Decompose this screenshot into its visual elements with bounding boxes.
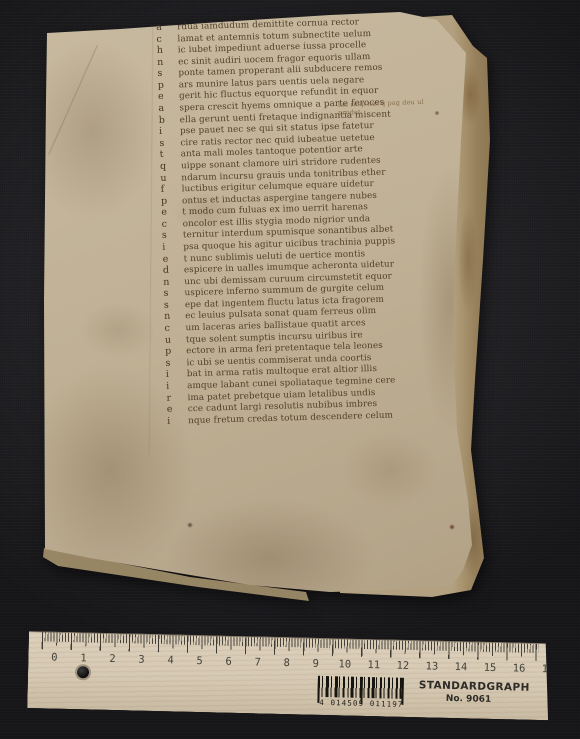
ruler-number: 3: [127, 653, 156, 666]
line-initial: a: [158, 103, 170, 115]
line-initial: s: [165, 357, 177, 369]
barcode-digits: 4 014509 011197: [309, 698, 413, 709]
line-initial: f: [161, 184, 173, 196]
line-initial: i: [166, 369, 178, 381]
wooden-ruler: 01234567891011121314151617 4 014509 0111…: [27, 631, 550, 720]
line-initial: p: [158, 80, 170, 92]
line-initial: e: [158, 91, 170, 103]
line-initial: u: [160, 172, 172, 184]
line-initial: c: [161, 218, 173, 230]
line-initial: e: [167, 404, 179, 416]
ruler-hole: [77, 666, 89, 678]
line-initial: u: [165, 334, 177, 346]
line-initial: i: [159, 126, 171, 138]
ruler-number: 0: [40, 651, 69, 664]
line-initial: e: [162, 253, 174, 265]
line-initial: s: [159, 137, 171, 149]
line-initial: n: [164, 311, 176, 323]
ruler-number: 8: [272, 657, 301, 670]
ruler-number: 16: [504, 662, 533, 675]
ruler-number: 6: [214, 655, 243, 668]
ruler-number: 10: [330, 658, 359, 671]
line-initial: s: [157, 68, 169, 80]
ruler-number: 11: [359, 659, 388, 672]
ruler-number: 15: [475, 662, 504, 675]
ruler-model-number: No. 9061: [418, 693, 518, 705]
line-initial: h: [157, 45, 169, 57]
line-initial: s: [162, 230, 174, 242]
line-initial: i: [162, 242, 174, 254]
ruler-number: 9: [301, 657, 330, 670]
ruler-brand-label: STANDARDGRAPH: [419, 679, 519, 693]
line-initial: p: [161, 195, 173, 207]
line-initial: q: [160, 161, 172, 173]
line-initial: i: [166, 380, 178, 392]
line-initial: s: [164, 299, 176, 311]
line-initial: s: [163, 288, 175, 300]
line-initial: d: [163, 265, 175, 277]
ruler-number: 2: [98, 653, 127, 666]
line-initial: r: [166, 392, 178, 404]
line-initial: b: [159, 114, 171, 126]
ruler-number: 14: [446, 661, 475, 674]
line-initial: a: [156, 22, 168, 34]
line-initial: n: [163, 276, 175, 288]
line-initial: e: [161, 207, 173, 219]
ruler-number: 4: [156, 654, 185, 667]
manuscript-text-block: a rdua iamdudum demittite cornua rector …: [156, 13, 472, 427]
ruler-number: 13: [417, 660, 446, 673]
ruler-number: 7: [243, 656, 272, 669]
line-initial: p: [165, 346, 177, 358]
line-initial: n: [157, 56, 169, 68]
ruler-number: 12: [388, 659, 417, 672]
ruler-number: 1: [69, 652, 98, 665]
ruler-number: 5: [185, 655, 214, 668]
photo-of-manuscript: a rdua iamdudum demittite cornua rector …: [0, 0, 580, 739]
line-initial: c: [164, 323, 176, 335]
line-initial: t: [160, 149, 172, 161]
manuscript-leaf-stack: a rdua iamdudum demittite cornua rector …: [0, 0, 580, 739]
line-initial: c: [156, 33, 168, 45]
line-initial: i: [167, 415, 179, 427]
